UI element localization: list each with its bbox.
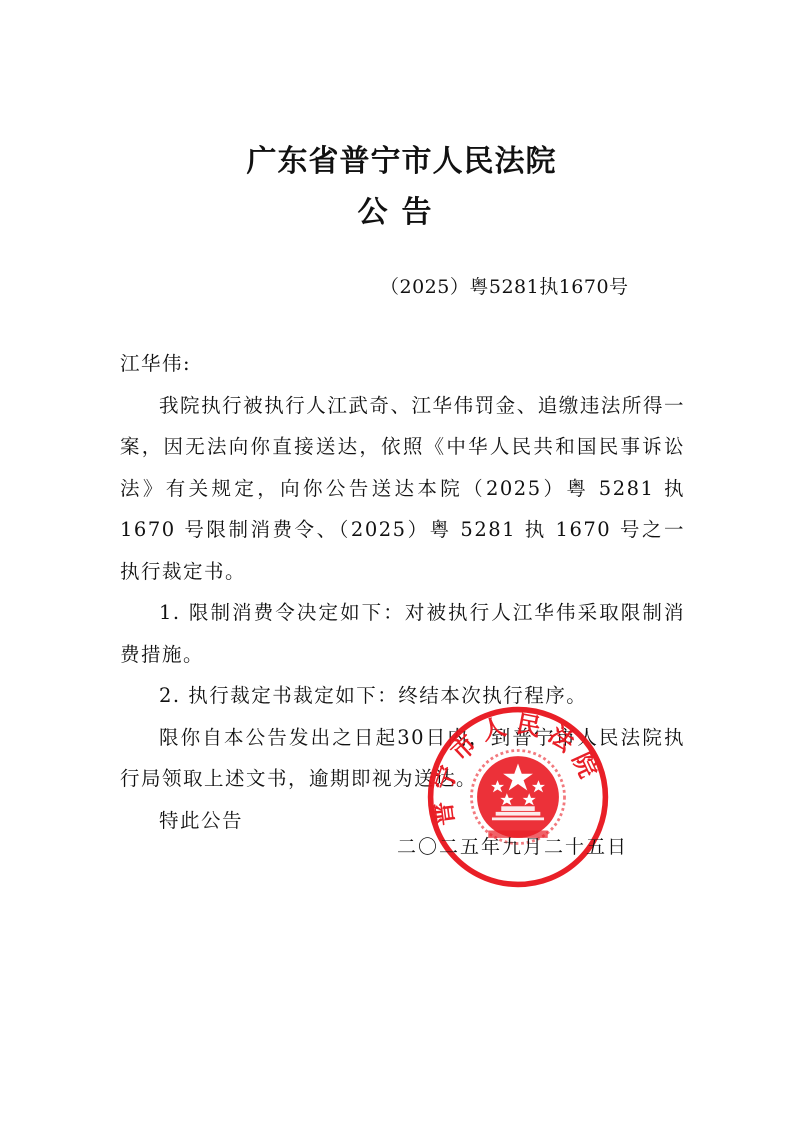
court-name-title: 广东省普宁市人民法院	[0, 136, 793, 180]
addressee: 江华伟:	[120, 343, 685, 385]
paragraph-consumption-restriction: 1. 限制消费令决定如下：对被执行人江华伟采取限制消费措施。	[120, 592, 685, 675]
document-page: 广东省普宁市人民法院 公告 （2025）粤5281执1670号 江华伟: 我院执…	[0, 0, 793, 1122]
paragraph-service-notice: 我院执行被执行人江武奇、江华伟罚金、追缴违法所得一案，因无法向你直接送达，依照《…	[120, 385, 685, 593]
court-seal-stamp: 普宁市人民法院	[425, 704, 611, 890]
announcement-heading: 公告	[0, 187, 793, 231]
seal-icon: 普宁市人民法院	[425, 704, 611, 890]
announcement-date: 二〇二五年九月二十五日	[397, 832, 628, 859]
case-number: （2025）粤5281执1670号	[380, 272, 629, 299]
